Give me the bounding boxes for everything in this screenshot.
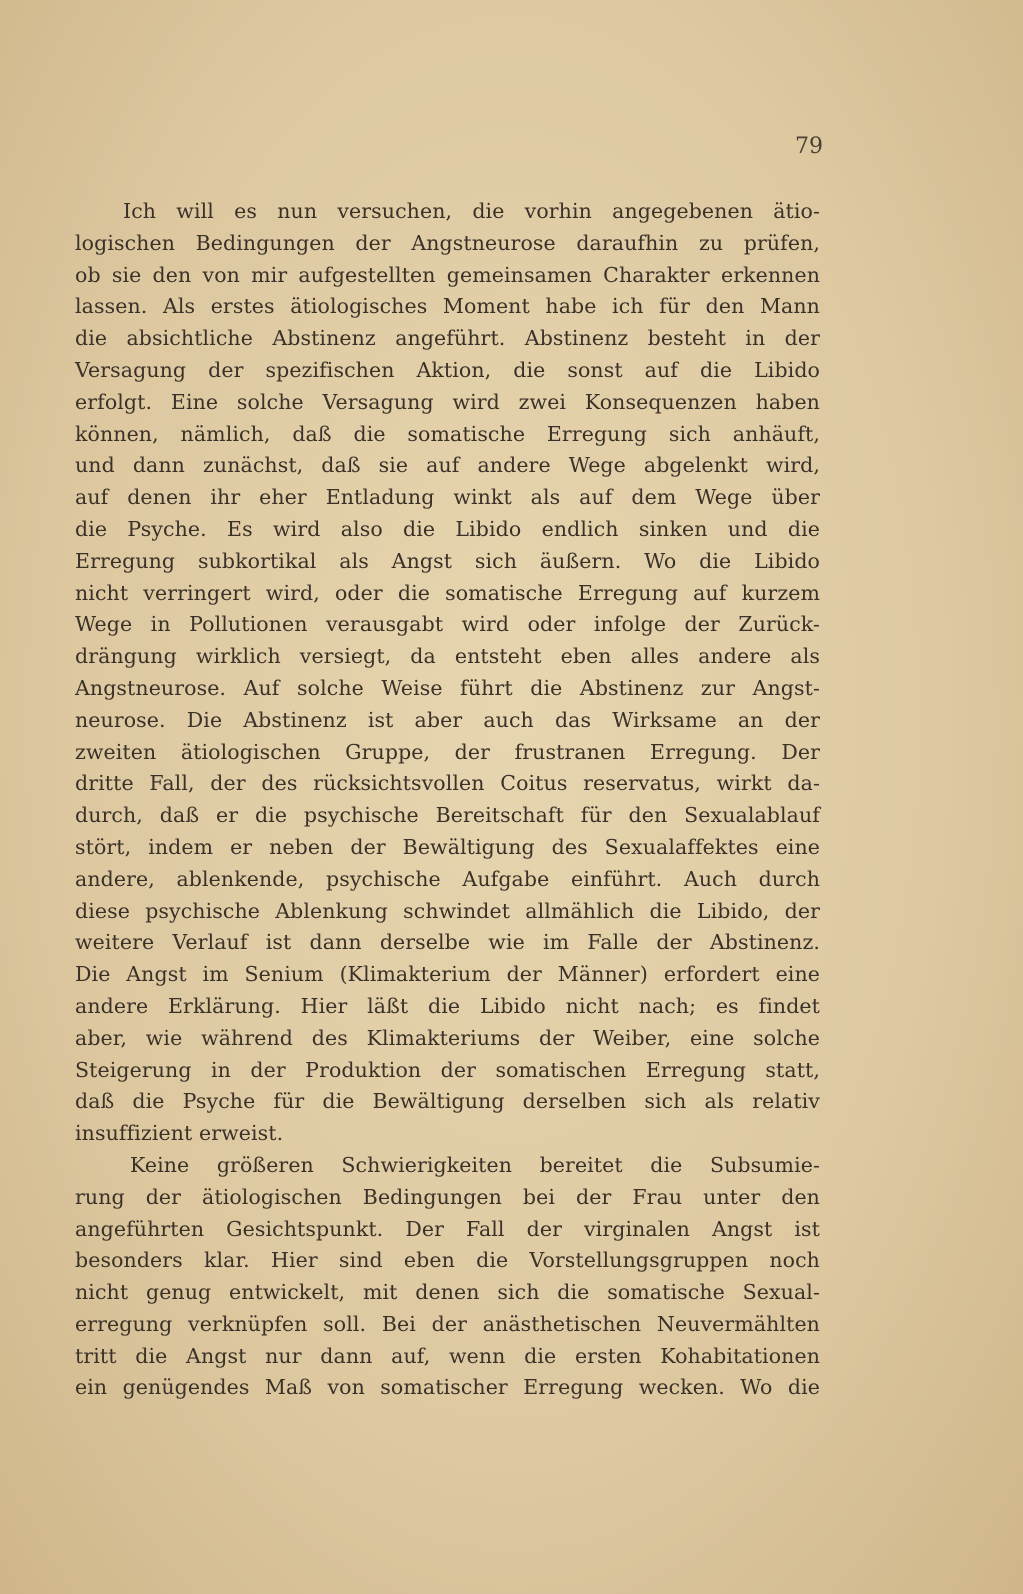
- text-line: drängung wirklich versiegt, da entsteht …: [75, 641, 820, 673]
- text-line: besonders klar. Hier sind eben die Vorst…: [75, 1245, 820, 1277]
- text-line: Angstneurose. Auf solche Weise führt die…: [75, 673, 820, 705]
- text-line: durch, daß er die psychische Bereitschaf…: [75, 800, 820, 832]
- text-line: auf denen ihr eher Entladung winkt als a…: [75, 482, 820, 514]
- text-line: Keine größeren Schwierigkeiten bereitet …: [75, 1150, 820, 1182]
- text-line: weitere Verlauf ist dann derselbe wie im…: [75, 927, 820, 959]
- text-line: angeführten Gesichtspunkt. Der Fall der …: [75, 1214, 820, 1246]
- text-line: rung der ätiologischen Bedingungen bei d…: [75, 1182, 820, 1214]
- text-line: Ich will es nun versuchen, die vorhin an…: [75, 196, 820, 228]
- text-line: andere Erklärung. Hier läßt die Libido n…: [75, 991, 820, 1023]
- text-line: logischen Bedingungen der Angstneurose d…: [75, 228, 820, 260]
- text-line: und dann zunächst, daß sie auf andere We…: [75, 450, 820, 482]
- text-line: insuffizient erweist.: [75, 1118, 820, 1150]
- text-line: Erregung subkortikal als Angst sich äuße…: [75, 546, 820, 578]
- text-line: die absichtliche Abstinenz angeführt. Ab…: [75, 323, 820, 355]
- text-line: erregung verknüpfen soll. Bei der anästh…: [75, 1309, 820, 1341]
- text-line: die Psyche. Es wird also die Libido endl…: [75, 514, 820, 546]
- text-line: stört, indem er neben der Bewältigung de…: [75, 832, 820, 864]
- text-line: lassen. Als erstes ätiologisches Moment …: [75, 291, 820, 323]
- paragraph-1: Ich will es nun versuchen, die vorhin an…: [75, 196, 820, 1150]
- text-line: Wege in Pollutionen verausgabt wird oder…: [75, 609, 820, 641]
- text-line: diese psychische Ablenkung schwindet all…: [75, 896, 820, 928]
- text-line: erfolgt. Eine solche Versagung wird zwei…: [75, 387, 820, 419]
- text-line: Versagung der spezifischen Aktion, die s…: [75, 355, 820, 387]
- text-line: Die Angst im Senium (Klimakterium der Mä…: [75, 959, 820, 991]
- text-line: dritte Fall, der des rücksichtsvollen Co…: [75, 768, 820, 800]
- text-line: tritt die Angst nur dann auf, wenn die e…: [75, 1341, 820, 1373]
- paragraph-2: Keine größeren Schwierigkeiten bereitet …: [75, 1150, 820, 1404]
- page-number: 79: [795, 134, 823, 159]
- text-line: ein genügendes Maß von somatischer Erreg…: [75, 1372, 820, 1404]
- text-line: daß die Psyche für die Bewältigung derse…: [75, 1086, 820, 1118]
- text-line: Steigerung in der Produktion der somatis…: [75, 1055, 820, 1087]
- text-line: ob sie den von mir aufgestellten gemeins…: [75, 260, 820, 292]
- text-line: nicht genug entwickelt, mit denen sich d…: [75, 1277, 820, 1309]
- text-line: andere, ablenkende, psychische Aufgabe e…: [75, 864, 820, 896]
- text-line: zweiten ätiologischen Gruppe, der frustr…: [75, 737, 820, 769]
- text-line: neurose. Die Abstinenz ist aber auch das…: [75, 705, 820, 737]
- body-text: Ich will es nun versuchen, die vorhin an…: [75, 196, 820, 1404]
- text-line: können, nämlich, daß die somatische Erre…: [75, 419, 820, 451]
- text-line: aber, wie während des Klimakteriums der …: [75, 1023, 820, 1055]
- text-line: nicht verringert wird, oder die somatisc…: [75, 578, 820, 610]
